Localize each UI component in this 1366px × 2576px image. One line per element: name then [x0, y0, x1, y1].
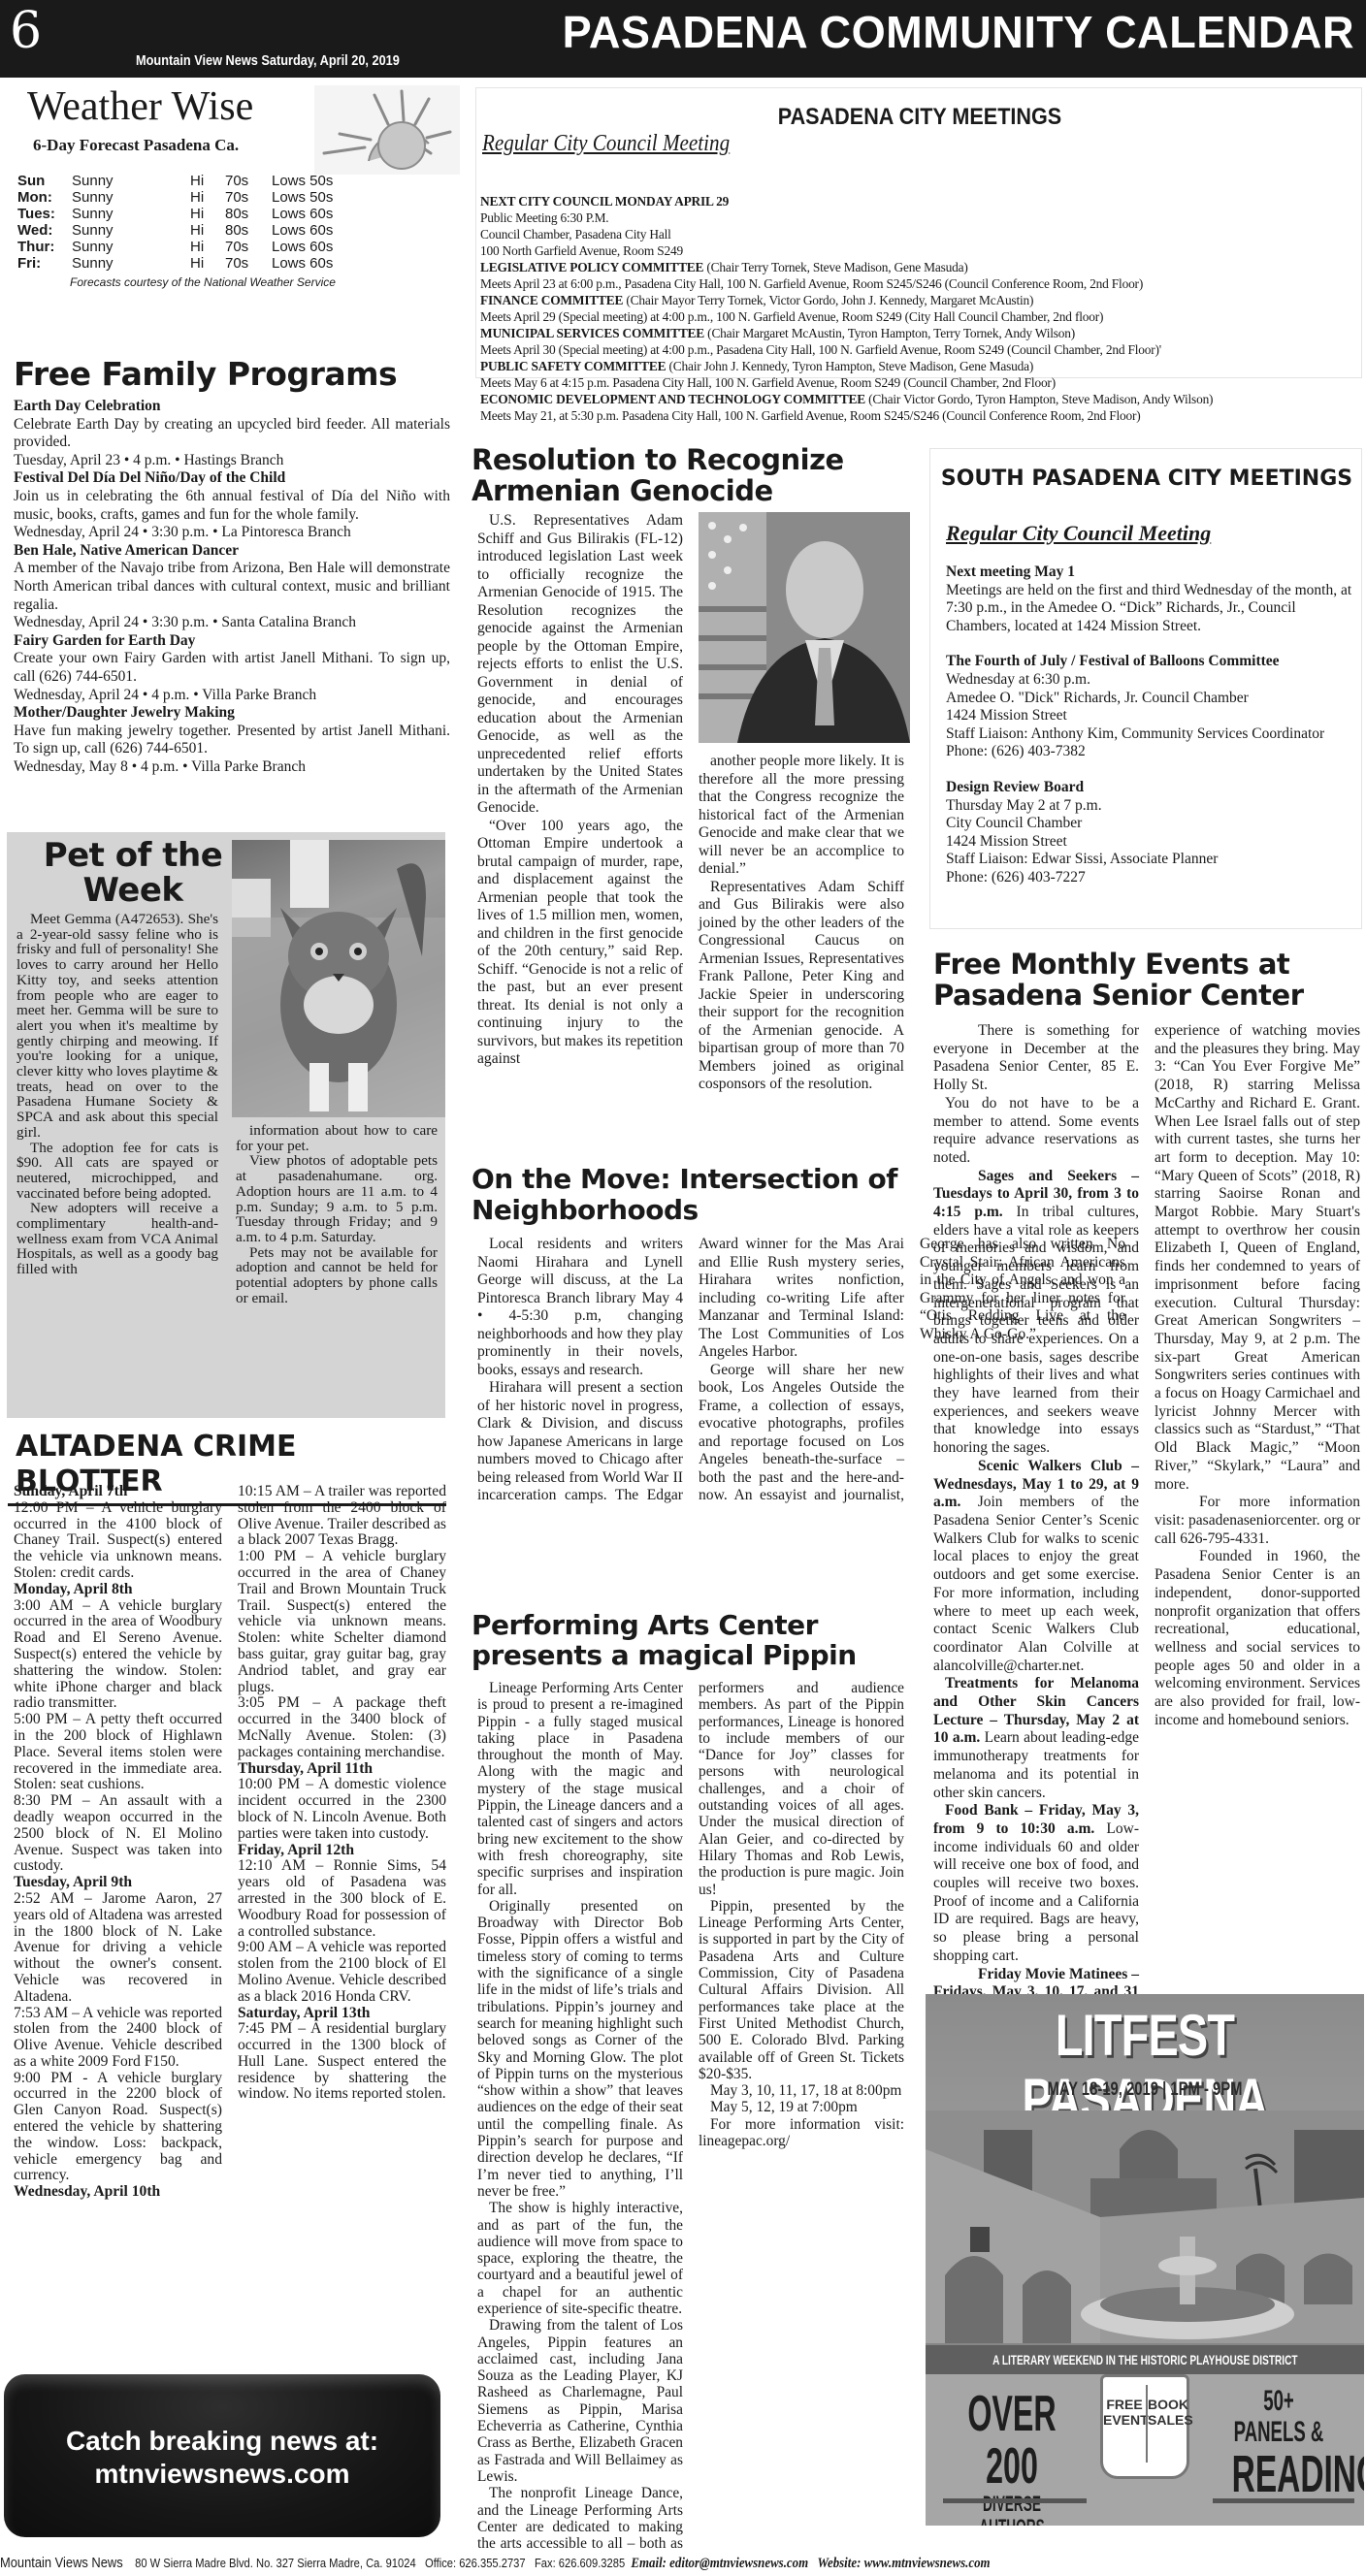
spacer	[946, 635, 1353, 653]
crime-day-heading: Tuesday, April 9th	[14, 1875, 222, 1891]
meeting-detail: 1424 Mission Street	[946, 833, 1353, 852]
meeting-detail: (Chair John J. Kennedy, Tyron Hampton, S…	[666, 359, 1033, 373]
program-title: Festival Del Día Del Niño/Day of the Chi…	[14, 469, 450, 488]
pasadena-city-meetings: PASADENA CITY MEETINGS Regular City Coun…	[475, 87, 1362, 378]
paragraph: Lineage Performing Arts Center is proud …	[477, 1680, 683, 1898]
breaking-news-link[interactable]: mtnviewsnews.com	[4, 2458, 440, 2491]
footer-website-link[interactable]: Website: www.mtnviewsnews.com	[817, 2556, 990, 2571]
section-title: PASADENA COMMUNITY CALENDAR	[563, 6, 1354, 58]
meeting-detail: Council Chamber, Pasadena City Hall	[480, 227, 671, 241]
event-paragraph: You do not have to be a member to attend…	[933, 1095, 1139, 1168]
article-headline: On the Move: Intersection of Neighborhoo…	[472, 1164, 912, 1226]
crime-report: 12:00 PM – A vehicle burglary occurred i…	[14, 1500, 222, 1582]
ad-authors-callout: OVER 200 DIVERSE AUTHORS	[939, 2388, 1085, 2526]
meeting-detail: 100 North Garfield Avenue, Room S249	[480, 243, 683, 258]
forecast-condition: Sunny	[72, 173, 190, 189]
forecast-condition: Sunny	[72, 239, 190, 255]
meeting-line: PUBLIC SAFETY COMMITTEE (Chair John J. K…	[480, 358, 1363, 374]
program-schedule: Tuesday, April 23 • 4 p.m. • Hastings Br…	[14, 452, 450, 470]
event-text: Join members of the Pasadena Senior Cent…	[933, 1494, 1139, 1673]
paragraph: May 3, 10, 11, 17, 18 at 8:00pm	[699, 2082, 904, 2099]
meeting-detail: Meets May 6 at 4:15 p.m. Pasadena City H…	[480, 375, 1056, 390]
program-title: Ben Hale, Native American Dancer	[14, 542, 450, 561]
crime-report: 3:05 PM – A package theft occurred in th…	[238, 1695, 446, 1760]
forecast-table: SunSunnyHi70sLows 50sMon:SunnyHi70sLows …	[17, 173, 333, 272]
meeting-detail: Public Meeting 6:30 P.M.	[480, 210, 608, 225]
program-title: Mother/Daughter Jewelry Making	[14, 704, 450, 723]
forecast-hi: 70s	[225, 239, 272, 255]
footer-address: 80 W Sierra Madre Blvd. No. 327 Sierra M…	[135, 2556, 416, 2570]
footer: Mountain Views News 80 W Sierra Madre Bl…	[0, 2555, 1366, 2576]
program-schedule: Wednesday, April 24 • 3:30 p.m. • Santa …	[14, 614, 450, 632]
crime-day-heading: Wednesday, April 10th	[14, 2184, 222, 2201]
congressman-portrait-photo	[699, 512, 910, 743]
meeting-line: Meets May 6 at 4:15 p.m. Pasadena City H…	[480, 374, 1363, 391]
forecast-hi-label: Hi	[190, 173, 225, 189]
meeting-detail: Wednesday at 6:30 p.m.	[946, 671, 1353, 690]
footer-fax: Fax: 626.609.3285	[535, 2556, 625, 2570]
program-description: Create your own Fairy Garden with artist…	[14, 650, 450, 686]
forecast-condition: Sunny	[72, 206, 190, 222]
crime-report: 12:10 AM – Ronnie Sims, 54 years old of …	[238, 1858, 446, 1940]
crime-entries: Sunday, April 7th12:00 PM – A vehicle bu…	[14, 1484, 446, 2211]
forecast-hi-label: Hi	[190, 189, 225, 206]
meeting-heading: Design Review Board	[946, 779, 1084, 795]
sun-icon	[314, 85, 460, 175]
pet-text-column-2: information about how to care for your p…	[236, 1123, 438, 1305]
forecast-low: Lows 50s	[272, 189, 333, 206]
section-heading: SOUTH PASADENA CITY MEETINGS	[930, 467, 1363, 492]
event-paragraph: Founded in 1960, the Pasadena Senior Cen…	[1155, 1548, 1360, 1729]
program-item: Festival Del Día Del Niño/Day of the Chi…	[14, 469, 450, 541]
forecast-low: Lows 60s	[272, 255, 333, 272]
crime-report: 3:00 AM – A vehicle burglary occurred in…	[14, 1598, 222, 1713]
forecast-day: Sun	[17, 173, 72, 189]
ad-bottom-panel: OVER 200 DIVERSE AUTHORS FREE EVENT BOOK…	[926, 2374, 1364, 2526]
paragraph: Local residents and writers Naomi Hiraha…	[477, 1236, 683, 1379]
forecast-day: Mon:	[17, 189, 72, 206]
crime-report: 10:15 AM – A trailer was reported stolen…	[238, 1484, 446, 1549]
breaking-news-line-1: Catch breaking news at:	[4, 2374, 440, 2458]
forecast-hi: 70s	[225, 255, 272, 272]
meeting-detail: 1424 Mission Street	[946, 707, 1353, 725]
forecast-hi-label: Hi	[190, 206, 225, 222]
meeting-detail: Meets April 23 at 6:00 p.m., Pasadena Ci…	[480, 276, 1143, 291]
event-paragraph: Treatments for Melanoma and Other Skin C…	[933, 1675, 1139, 1802]
forecast-condition: Sunny	[72, 189, 190, 206]
meeting-detail: Staff Liaison: Edwar Sissi, Associate Pl…	[946, 851, 1353, 869]
event-text: Founded in 1960, the Pasadena Senior Cen…	[1155, 1548, 1360, 1727]
meeting-line: NEXT CITY COUNCIL MONDAY APRIL 29	[480, 193, 1363, 209]
program-item: Earth Day CelebrationCelebrate Earth Day…	[14, 398, 450, 469]
ad-panels-callout: 50+ PANELS & READINGS	[1203, 2386, 1354, 2500]
footer-email-link[interactable]: Email: editor@mtnviewsnews.com	[631, 2556, 808, 2571]
forecast-day: Fri:	[17, 255, 72, 272]
paragraph: Meet Gemma (A472653). She's a 2-year-old…	[16, 912, 218, 1141]
meeting-line: Meets April 30 (Special meeting) at 4:00…	[480, 341, 1363, 358]
altadena-crime-blotter: ALTADENA CRIME BLOTTER Sunday, April 7th…	[8, 1430, 448, 1506]
paragraph: Pippin, presented by the Lineage Perform…	[699, 1898, 904, 2082]
section-heading: PASADENA CITY MEETINGS	[521, 104, 1319, 131]
meeting-line: LEGISLATIVE POLICY COMMITTEE (Chair Terr…	[480, 259, 1363, 275]
paragraph: New adopters will receive a complimentar…	[16, 1201, 218, 1277]
meeting-detail: Meets April 29 (Special meeting) at 4:00…	[480, 309, 1103, 324]
meetings-list: NEXT CITY COUNCIL MONDAY APRIL 29Public …	[480, 193, 1363, 424]
weather-title: Weather Wise	[27, 83, 253, 130]
program-description: Have fun making jewelry together. Presen…	[14, 723, 450, 758]
article-column-2: another people more likely. It is theref…	[699, 753, 904, 1094]
litfest-pasadena-ad[interactable]: LITFEST PASADENA MAY 18-19, 2019 | 1PM -…	[926, 1994, 1364, 2526]
section-heading: Pet of the Week	[36, 838, 230, 908]
courtyard-illustration	[926, 2110, 1364, 2343]
meeting-detail: Meets April 30 (Special meeting) at 4:00…	[480, 342, 1161, 357]
section-subheading: Regular City Council Meeting	[482, 131, 730, 157]
forecast-row: Mon:SunnyHi70sLows 50s	[17, 189, 333, 206]
crime-report: 10:00 PM – A domestic violence incident …	[238, 1777, 446, 1842]
event-text: There is something for everyone in Decem…	[933, 1022, 1139, 1093]
meeting-line: Meets April 29 (Special meeting) at 4:00…	[480, 308, 1363, 325]
crime-day-heading: Saturday, April 13th	[238, 2006, 446, 2022]
event-paragraph: For more information visit: pasadenaseni…	[1155, 1494, 1360, 1548]
weather-credit: Forecasts courtesy of the National Weath…	[70, 275, 336, 289]
program-title: Fairy Garden for Earth Day	[14, 632, 450, 651]
paragraph: Drawing from the talent of Los Angeles, …	[477, 2317, 683, 2485]
forecast-row: Wed:SunnyHi80sLows 60s	[17, 222, 333, 239]
event-text: For more information visit: pasadenaseni…	[1155, 1494, 1360, 1546]
event-text: Low-income individuals 60 and older will…	[933, 1820, 1139, 1964]
article-body: Lineage Performing Arts Center is proud …	[477, 1680, 904, 2557]
meeting-detail: (Chair Victor Gordo, Tyron Hampton, Stev…	[865, 392, 1213, 406]
forecast-hi: 80s	[225, 206, 272, 222]
crime-report: 9:00 AM – A vehicle was reported stolen …	[238, 1940, 446, 2005]
article-body: There is something for everyone in Decem…	[933, 1022, 1360, 2035]
meeting-line: Public Meeting 6:30 P.M.	[480, 209, 1363, 226]
article-headline: Resolution to Recognize Armenian Genocid…	[472, 444, 912, 506]
paragraph: information about how to care for your p…	[236, 1123, 438, 1153]
meeting-detail: Staff Liaison: Anthony Kim, Community Se…	[946, 725, 1353, 744]
paragraph: U.S. Representatives Adam Schiff and Gus…	[477, 512, 683, 818]
forecast-low: Lows 60s	[272, 222, 333, 239]
committee-name: LEGISLATIVE POLICY COMMITTEE	[480, 260, 703, 274]
forecast-hi-label: Hi	[190, 255, 225, 272]
event-text: In tribal cultures, elders have a vital …	[933, 1204, 1139, 1456]
crime-day-heading: Friday, April 12th	[238, 1843, 446, 1859]
on-the-move-article: On the Move: Intersection of Neighborhoo…	[472, 1164, 912, 1226]
event-text: You do not have to be a member to attend…	[933, 1095, 1139, 1166]
article-headline: Free Monthly Events at Pasadena Senior C…	[933, 949, 1366, 1011]
forecast-row: Thur:SunnyHi70sLows 60s	[17, 239, 333, 255]
forecast-condition: Sunny	[72, 222, 190, 239]
program-schedule: Wednesday, April 24 • 3:30 p.m. • La Pin…	[14, 524, 450, 542]
pet-text-column-1: Meet Gemma (A472653). She's a 2-year-old…	[16, 912, 218, 1277]
forecast-low: Lows 50s	[272, 173, 333, 189]
free-family-programs: Free Family Programs Earth Day Celebrati…	[14, 355, 450, 776]
forecast-day: Tues:	[17, 206, 72, 222]
meeting-line: MUNICIPAL SERVICES COMMITTEE (Chair Marg…	[480, 325, 1363, 341]
program-description: A member of the Navajo tribe from Arizon…	[14, 560, 450, 614]
article-column-1: U.S. Representatives Adam Schiff and Gus…	[477, 512, 683, 1069]
weather-subtitle: 6-Day Forecast Pasadena Ca.	[33, 136, 239, 155]
paragraph: Representatives Adam Schiff and Gus Bili…	[699, 879, 904, 1094]
paragraph: The show is highly interactive, and as p…	[477, 2200, 683, 2317]
crime-report: 2:52 AM – Jarome Aaron, 27 years old of …	[14, 1891, 222, 2006]
info-link[interactable]: For more information visit: lineagepac.o…	[699, 2116, 904, 2150]
south-pasadena-city-meetings: SOUTH PASADENA CITY MEETINGS Regular Cit…	[929, 448, 1362, 929]
meeting-detail: Meets May 21, at 5:30 p.m. Pasadena City…	[480, 408, 1141, 423]
section-heading: Free Family Programs	[14, 355, 450, 394]
forecast-condition: Sunny	[72, 255, 190, 272]
forecast-row: Tues:SunnyHi80sLows 60s	[17, 206, 333, 222]
committee-name: MUNICIPAL SERVICES COMMITTEE	[480, 326, 704, 340]
forecast-hi: 70s	[225, 173, 272, 189]
program-schedule: Wednesday, May 8 • 4 p.m. • Villa Parke …	[14, 758, 450, 777]
meeting-detail: (Chair Mayor Terry Tornek, Victor Gordo,…	[623, 293, 1033, 307]
masthead: 6 PASADENA COMMUNITY CALENDAR Mountain V…	[0, 0, 1366, 78]
meetings-list: Next meeting May 1Meetings are held on t…	[946, 563, 1353, 887]
forecast-hi: 80s	[225, 222, 272, 239]
spacer	[946, 761, 1353, 779]
meeting-detail: Phone: (626) 403-7382	[946, 743, 1353, 761]
program-item: Fairy Garden for Earth DayCreate your ow…	[14, 632, 450, 704]
divider	[1213, 2498, 1354, 2503]
crime-report: 7:53 AM – A vehicle was reported stolen …	[14, 2006, 222, 2071]
ad-tagline: A LITERARY WEEKEND IN THE HISTORIC PLAYH…	[926, 2345, 1364, 2374]
meeting-detail: Meetings are held on the first and third…	[946, 582, 1353, 636]
crime-report: 7:45 PM – A residential burglary occurre…	[238, 2021, 446, 2103]
crime-day-heading: Thursday, April 11th	[238, 1761, 446, 1778]
paragraph: Pets may not be available for adoption a…	[236, 1245, 438, 1306]
forecast-row: Fri:SunnyHi70sLows 60s	[17, 255, 333, 272]
page-number: 6	[10, 2, 42, 60]
forecast-low: Lows 60s	[272, 239, 333, 255]
paragraph: another people more likely. It is theref…	[699, 753, 904, 879]
paragraph: View photos of adoptable pets at pasaden…	[236, 1153, 438, 1244]
crime-day-heading: Monday, April 8th	[14, 1582, 222, 1598]
forecast-hi-label: Hi	[190, 239, 225, 255]
pet-of-the-week: Pet of the Week Meet Gemma (A472653). Sh…	[7, 832, 445, 1418]
meeting-heading: Next meeting May 1	[946, 563, 1075, 580]
open-book-icon: FREE EVENT BOOK SALES	[1100, 2374, 1189, 2479]
program-schedule: Wednesday, April 24 • 4 p.m. • Villa Par…	[14, 687, 450, 705]
paragraph: Originally presented on Broadway with Di…	[477, 1898, 683, 2200]
crime-day-heading: Sunday, April 7th	[14, 1484, 222, 1500]
meeting-detail: Amedee O. "Dick" Richards, Jr. Council C…	[946, 690, 1353, 708]
program-item: Mother/Daughter Jewelry MakingHave fun m…	[14, 704, 450, 776]
forecast-row: SunSunnyHi70sLows 50s	[17, 173, 333, 189]
resolution-article: Resolution to Recognize Armenian Genocid…	[472, 444, 912, 506]
paragraph: The adoption fee for cats is $90. All ca…	[16, 1141, 218, 1202]
crime-report: 8:30 PM – An assault with a deadly weapo…	[14, 1793, 222, 1875]
event-paragraph: Scenic Walkers Club – Wednesdays, May 1 …	[933, 1458, 1139, 1675]
meeting-line: Meets May 21, at 5:30 p.m. Pasadena City…	[480, 407, 1363, 424]
weather-box: Weather Wise 6-Day Forecast Pasadena Ca.…	[14, 81, 460, 295]
committee-name: ECONOMIC DEVELOPMENT AND TECHNOLOGY COMM…	[480, 392, 865, 406]
meeting-detail: (Chair Terry Tornek, Steve Madison, Gene…	[703, 260, 967, 274]
crime-report: 9:00 PM - A vehicle burglary occurred in…	[14, 2071, 222, 2185]
crime-report: 5:00 PM – A petty theft occurred in the …	[14, 1712, 222, 1793]
meeting-line: FINANCE COMMITTEE (Chair Mayor Terry Tor…	[480, 292, 1363, 308]
forecast-day: Wed:	[17, 222, 72, 239]
meeting-heading: The Fourth of July / Festival of Balloon…	[946, 653, 1280, 669]
event-paragraph: Sages and Seekers – Tuesdays to April 30…	[933, 1168, 1139, 1458]
meeting-detail: City Council Chamber	[946, 815, 1353, 833]
program-description: Celebrate Earth Day by creating an upcyc…	[14, 416, 450, 452]
senior-center-events: Free Monthly Events at Pasadena Senior C…	[933, 949, 1366, 1011]
section-subheading: Regular City Council Meeting	[946, 521, 1211, 546]
meeting-line: 100 North Garfield Avenue, Room S249	[480, 242, 1363, 259]
paragraph: “Over 100 years ago, the Ottoman Empire …	[477, 818, 683, 1069]
meeting-line: ECONOMIC DEVELOPMENT AND TECHNOLOGY COMM…	[480, 391, 1363, 407]
meeting-line: Council Chamber, Pasadena City Hall	[480, 226, 1363, 242]
divider	[943, 2498, 1087, 2503]
program-item: Ben Hale, Native American DancerA member…	[14, 542, 450, 632]
dateline: Mountain View News Saturday, April 20, 2…	[136, 52, 400, 69]
committee-name: FINANCE COMMITTEE	[480, 293, 623, 307]
forecast-low: Lows 60s	[272, 206, 333, 222]
meeting-detail: (Chair Margaret McAustin, Tyron Hampton,…	[704, 326, 1075, 340]
ad-date: MAY 18-19, 2019 | 1PM - 9PM	[974, 2079, 1317, 2101]
committee-name: NEXT CITY COUNCIL MONDAY APRIL 29	[480, 194, 729, 209]
paragraph: May 5, 12, 19 at 7:00pm	[699, 2099, 904, 2115]
pippin-article: Performing Arts Center presents a magica…	[472, 1610, 912, 1670]
forecast-hi: 70s	[225, 189, 272, 206]
article-headline: Performing Arts Center presents a magica…	[472, 1610, 912, 1670]
crime-report: 1:00 PM – A vehicle burglary occurred in…	[238, 1549, 446, 1695]
meeting-detail: Phone: (626) 403-7227	[946, 869, 1353, 887]
footer-office-phone: Office: 626.355.2737	[425, 2556, 526, 2570]
article-body: Local residents and writers Naomi Hiraha…	[477, 1236, 904, 1507]
forecast-day: Thur:	[17, 239, 72, 255]
meeting-line: Meets April 23 at 6:00 p.m., Pasadena Ci…	[480, 275, 1363, 292]
breaking-news-banner-button[interactable]: Catch breaking news at: mtnviewsnews.com	[4, 2374, 440, 2537]
event-paragraph: There is something for everyone in Decem…	[933, 1022, 1139, 1095]
event-paragraph: Food Bank – Friday, May 3, from 9 to 10:…	[933, 1802, 1139, 1965]
committee-name: PUBLIC SAFETY COMMITTEE	[480, 359, 666, 373]
cat-photo	[232, 840, 445, 1117]
footer-publication: Mountain Views News	[0, 2555, 123, 2571]
forecast-hi-label: Hi	[190, 222, 225, 239]
meeting-detail: Thursday May 2 at 7 p.m.	[946, 797, 1353, 816]
program-title: Earth Day Celebration	[14, 398, 450, 416]
program-description: Join us in celebrating the 6th annual fe…	[14, 488, 450, 524]
